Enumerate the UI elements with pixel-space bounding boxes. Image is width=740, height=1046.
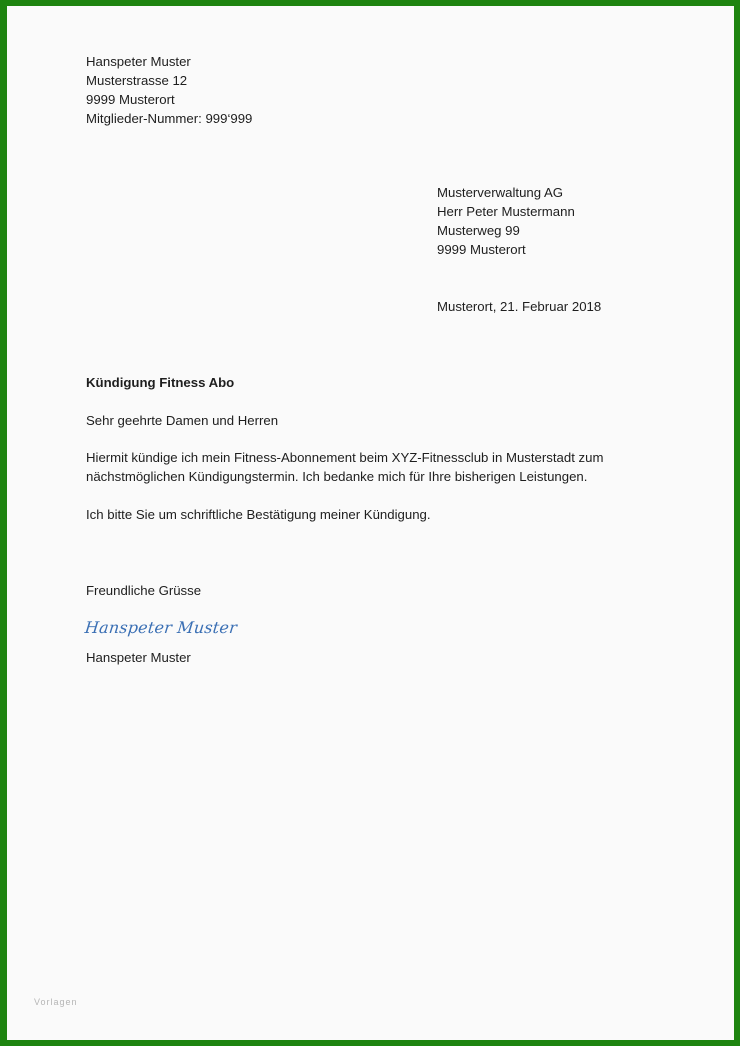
sender-street: Musterstrasse 12 [86, 71, 252, 90]
closing: Freundliche Grüsse [86, 581, 201, 600]
recipient-company: Musterverwaltung AG [437, 183, 575, 202]
salutation: Sehr geehrte Damen und Herren [86, 411, 278, 430]
body-paragraph-1-line: nächstmöglichen Kündigungstermin. Ich be… [86, 467, 603, 486]
sender-name: Hanspeter Muster [86, 52, 252, 71]
body-paragraph-1: Hiermit kündige ich mein Fitness-Abonnem… [86, 448, 603, 486]
letter-subject: Kündigung Fitness Abo [86, 373, 234, 392]
handwritten-signature: Hanspeter Muster [84, 618, 238, 637]
letter-page: Hanspeter Muster Musterstrasse 12 9999 M… [7, 6, 734, 1040]
body-paragraph-2: Ich bitte Sie um schriftliche Bestätigun… [86, 505, 431, 524]
sender-member-number: Mitglieder-Nummer: 999‘999 [86, 109, 252, 128]
recipient-address: Musterverwaltung AG Herr Peter Musterman… [437, 183, 575, 259]
sender-city: 9999 Musterort [86, 90, 252, 109]
printed-name: Hanspeter Muster [86, 648, 191, 667]
recipient-city: 9999 Musterort [437, 240, 575, 259]
body-paragraph-1-line: Hiermit kündige ich mein Fitness-Abonnem… [86, 448, 603, 467]
recipient-contact: Herr Peter Mustermann [437, 202, 575, 221]
recipient-street: Musterweg 99 [437, 221, 575, 240]
watermark: Vorlagen [34, 997, 78, 1007]
date-line: Musterort, 21. Februar 2018 [437, 297, 601, 316]
sender-address: Hanspeter Muster Musterstrasse 12 9999 M… [86, 52, 252, 128]
